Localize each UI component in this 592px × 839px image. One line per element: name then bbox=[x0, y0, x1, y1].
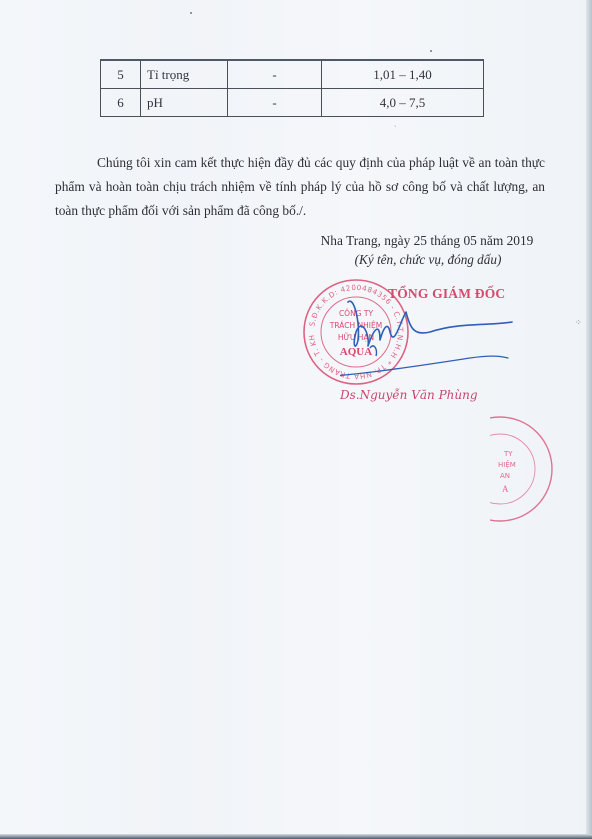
scan-mark: ⁘ bbox=[575, 318, 582, 327]
partial-stamp-line-1: TY bbox=[503, 450, 513, 458]
cell-unit: - bbox=[228, 89, 322, 117]
cell-no: 6 bbox=[101, 89, 141, 117]
place-date: Nha Trang, ngày 25 tháng 05 năm 2019 bbox=[312, 233, 542, 249]
partial-stamp-line-4: A bbox=[502, 484, 509, 494]
scan-edge-bottom bbox=[0, 834, 592, 839]
scan-edge-right bbox=[586, 0, 592, 839]
partial-stamp-line-3: AN bbox=[500, 472, 510, 480]
cell-no: 5 bbox=[101, 60, 141, 89]
table-row: 6 pH - 4,0 – 7,5 bbox=[101, 89, 484, 117]
partial-stamp-line-2: HIỆM bbox=[498, 460, 516, 469]
cell-name: pH bbox=[141, 89, 228, 117]
spec-table: 5 Tỉ trọng - 1,01 – 1,40 6 pH - 4,0 – 7,… bbox=[100, 59, 484, 117]
handwritten-signature bbox=[340, 292, 540, 382]
cell-value: 1,01 – 1,40 bbox=[322, 60, 484, 89]
cell-value: 4,0 – 7,5 bbox=[322, 89, 484, 117]
signer-name: Ds.Nguyễn Văn Phùng bbox=[340, 388, 478, 402]
table-row: 5 Tỉ trọng - 1,01 – 1,40 bbox=[101, 60, 484, 89]
scan-speck bbox=[190, 12, 192, 14]
scan-speck bbox=[430, 50, 432, 52]
sign-note: (Ký tên, chức vụ, đóng dấu) bbox=[328, 252, 528, 268]
cell-unit: - bbox=[228, 60, 322, 89]
document-page: 5 Tỉ trọng - 1,01 – 1,40 6 pH - 4,0 – 7,… bbox=[0, 0, 592, 839]
partial-company-stamp: TY HIỆM AN A bbox=[490, 414, 560, 524]
scan-mark: ˎ bbox=[394, 118, 397, 127]
commitment-paragraph: Chúng tôi xin cam kết thực hiện đầy đủ c… bbox=[55, 151, 545, 223]
cell-name: Tỉ trọng bbox=[141, 60, 228, 89]
